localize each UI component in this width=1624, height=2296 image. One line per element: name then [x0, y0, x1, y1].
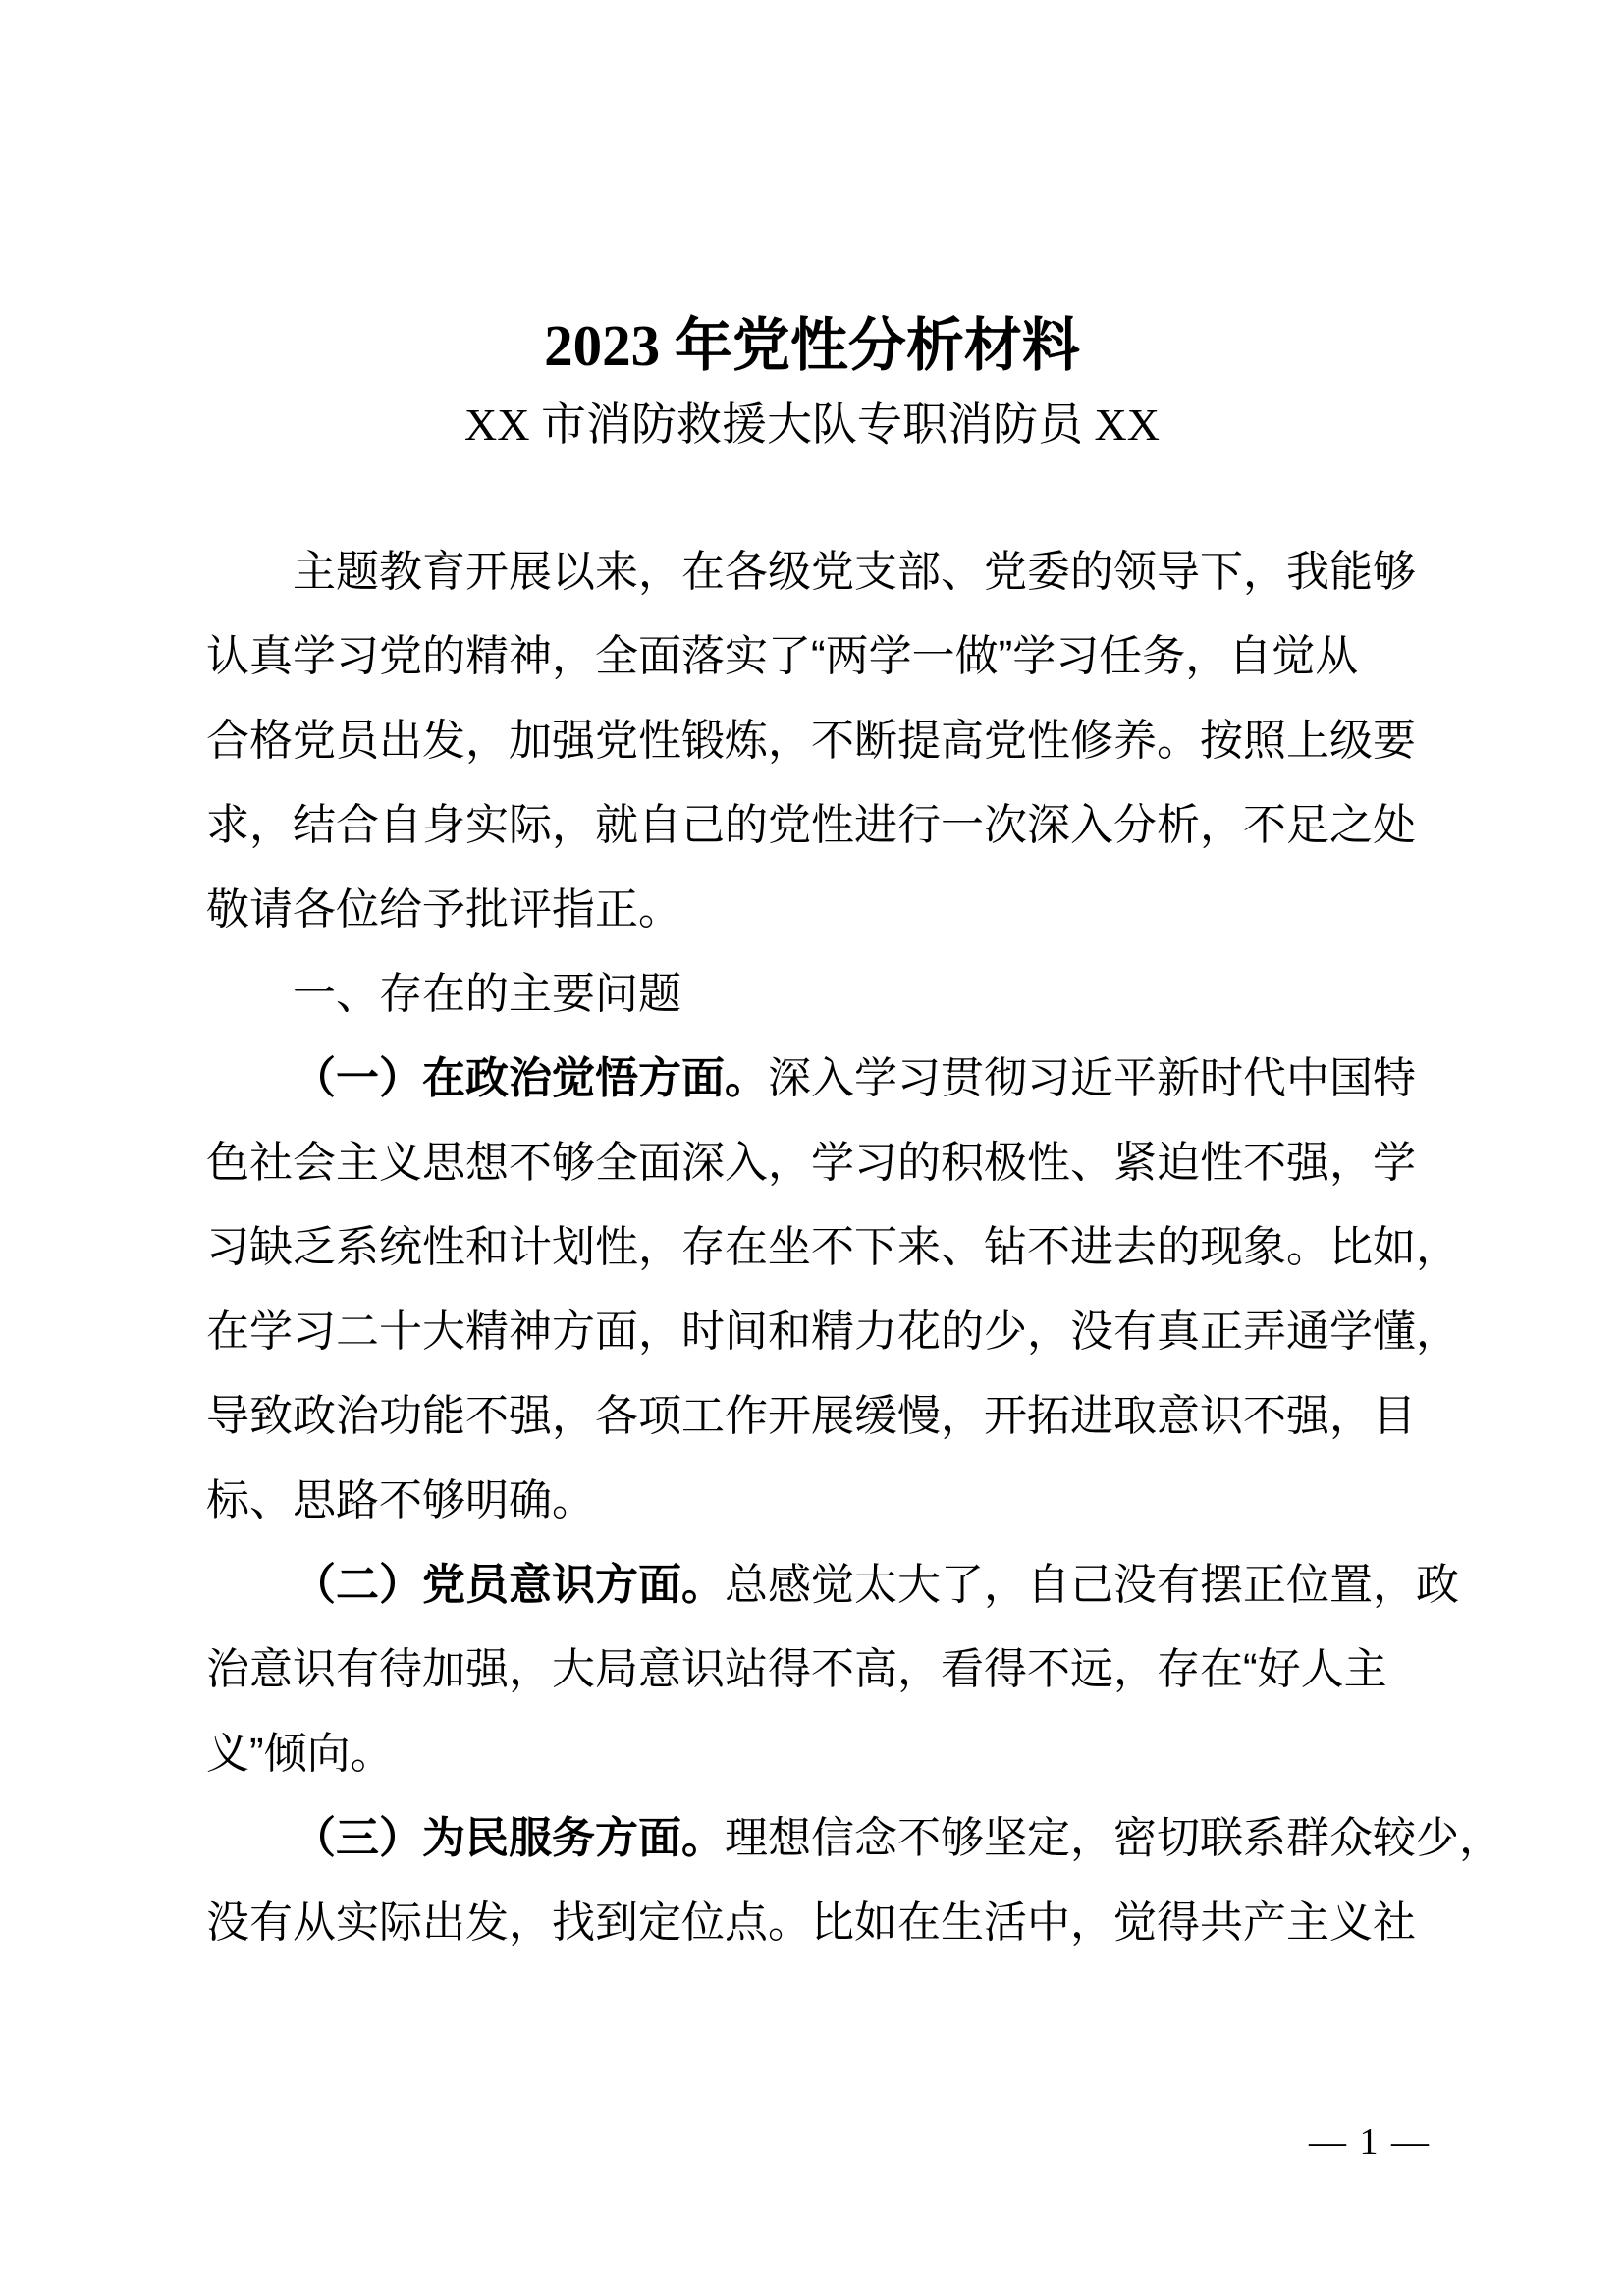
- section-heading: 一、存在的主要问题: [206, 952, 1424, 1037]
- text-line: 主题教育开展以来，在各级党支部、党委的领导下，我能够: [206, 530, 1424, 614]
- text-line: 义”倾向。: [206, 1712, 1424, 1796]
- item-heading: （一）在政治觉悟方面。: [293, 1054, 768, 1102]
- text-line: 标、思路不够明确。: [206, 1459, 1424, 1543]
- text-line: 在学习二十大精神方面，时间和精力花的少，没有真正弄通学懂，: [206, 1290, 1424, 1374]
- text-line: （三）为民服务方面。理想信念不够坚定，密切联系群众较少，: [206, 1796, 1424, 1881]
- text-line: 导致政治功能不强，各项工作开展缓慢，开拓进取意识不强，目: [206, 1374, 1424, 1459]
- text-run: 理想信念不够坚定，密切联系群众较少，: [725, 1814, 1502, 1862]
- document-page: 2023 年党性分析材料 XX 市消防救援大队专职消防员 XX 主题教育开展以来…: [0, 0, 1624, 2296]
- text-line: 没有从实际出发，找到定位点。比如在生活中，觉得共产主义社: [206, 1881, 1424, 1965]
- document-subtitle: XX 市消防救援大队专职消防员 XX: [0, 395, 1624, 455]
- document-title: 2023 年党性分析材料: [0, 306, 1624, 385]
- text-run: 深入学习贯彻习近平新时代中国特: [768, 1054, 1416, 1102]
- text-line: 合格党员出发，加强党性锻炼，不断提高党性修养。按照上级要: [206, 699, 1424, 783]
- text-line: 求，结合自身实际，就自己的党性进行一次深入分析，不足之处: [206, 783, 1424, 868]
- text-line: 敬请各位给予批评指正。: [206, 868, 1424, 952]
- item-heading: （三）为民服务方面。: [293, 1814, 725, 1862]
- text-line: 认真学习党的精神，全面落实了“两学一做”学习任务，自觉从: [206, 614, 1424, 699]
- document-body: 主题教育开展以来，在各级党支部、党委的领导下，我能够 认真学习党的精神，全面落实…: [206, 530, 1424, 1965]
- text-line: （二）党员意识方面。总感觉太大了，自己没有摆正位置，政: [206, 1543, 1424, 1628]
- item-heading: （二）党员意识方面。: [293, 1561, 725, 1609]
- text-line: 色社会主义思想不够全面深入，学习的积极性、紧迫性不强，学: [206, 1121, 1424, 1205]
- text-line: 习缺乏系统性和计划性，存在坐不下来、钻不进去的现象。比如，: [206, 1205, 1424, 1290]
- text-line: 治意识有待加强，大局意识站得不高，看得不远，存在“好人主: [206, 1628, 1424, 1712]
- text-line: （一）在政治觉悟方面。深入学习贯彻习近平新时代中国特: [206, 1037, 1424, 1121]
- text-run: 总感觉太大了，自己没有摆正位置，政: [725, 1561, 1459, 1609]
- page-number: — 1 —: [1309, 2118, 1431, 2165]
